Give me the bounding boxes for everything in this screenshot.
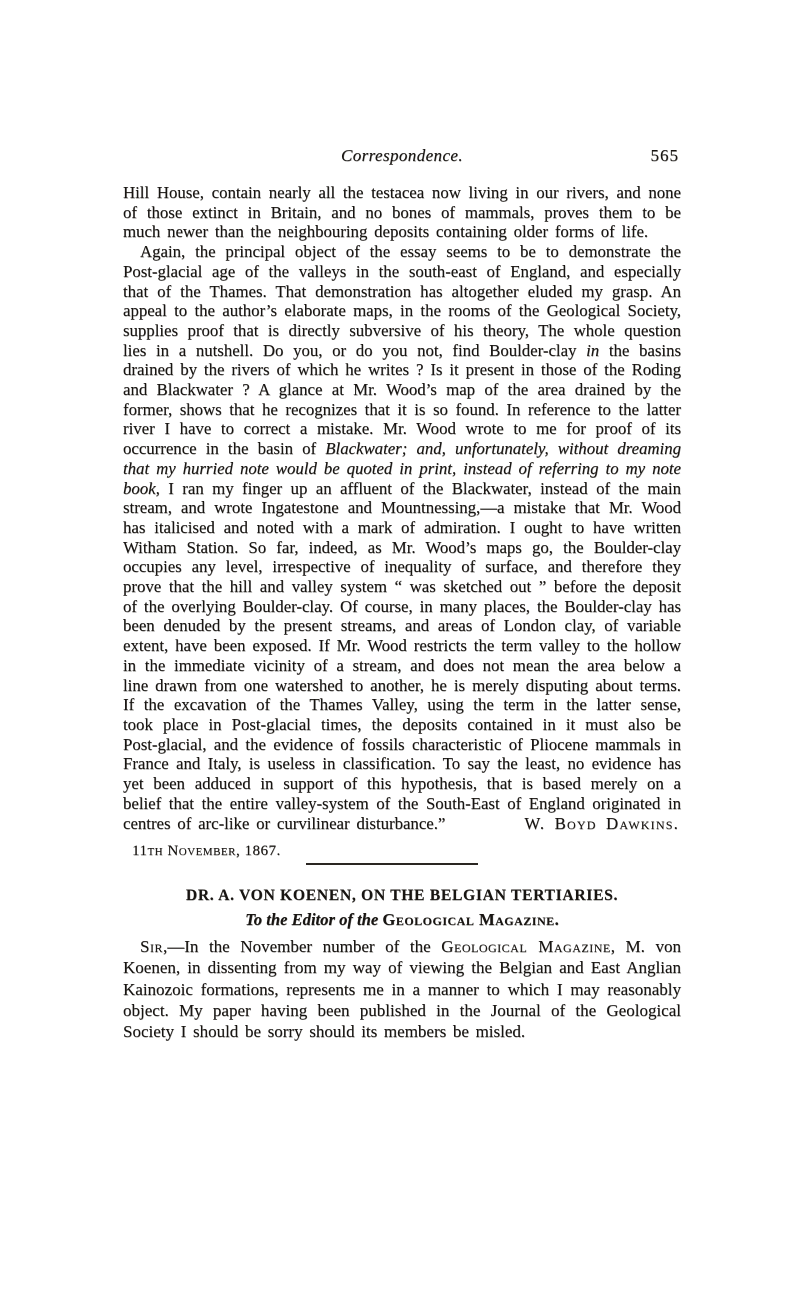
text-segment: Sir: [140, 937, 163, 956]
text-segment: in: [586, 341, 599, 360]
text-segment: I ran my finger up an affluent of the Bl…: [123, 479, 681, 833]
text-segment: ,—In the November number of the: [163, 937, 441, 956]
date-line: 11th November, 1867.: [123, 842, 681, 860]
letter2-paragraph-1: Sir,—In the November number of the Geolo…: [123, 936, 681, 1042]
paragraph-text: Again, the principal object of the essay…: [123, 242, 681, 832]
text-segment: Hill House, contain nearly all the testa…: [123, 183, 681, 241]
running-head: Correspondence. 565: [123, 146, 681, 168]
salutation-line: To the Editor of the Geological Magazine…: [123, 909, 681, 930]
text-segment: 11th November, 1867.: [132, 843, 281, 859]
article-heading: DR. A. VON KOENEN, ON THE BELGIAN TERTIA…: [123, 886, 681, 905]
page-title: Correspondence.: [123, 146, 681, 166]
date-text: 11th November, 1867.: [132, 843, 281, 859]
text-segment: To the Editor of the: [245, 910, 382, 929]
section-divider-rule: [306, 863, 478, 865]
page-content: Correspondence. 565 Hill House, contain …: [123, 146, 681, 1042]
signature: W. Boyd Dawkins.: [507, 814, 681, 834]
letter1-paragraph-1: Hill House, contain nearly all the testa…: [123, 183, 681, 242]
paragraph-text: Hill House, contain nearly all the testa…: [123, 183, 681, 241]
salutation-text: To the Editor of the Geological Magazine…: [245, 910, 559, 929]
scanned-journal-page: { "header": { "title": "Correspondence."…: [0, 0, 800, 1300]
text-segment: Geological Magazine: [441, 937, 610, 956]
letter1-paragraph-2: Again, the principal object of the essay…: [123, 242, 681, 833]
text-segment: .: [555, 910, 559, 929]
text-segment: Geological Magazine: [382, 910, 554, 929]
paragraph-text: Sir,—In the November number of the Geolo…: [123, 937, 681, 1041]
page-number: 565: [651, 146, 680, 166]
